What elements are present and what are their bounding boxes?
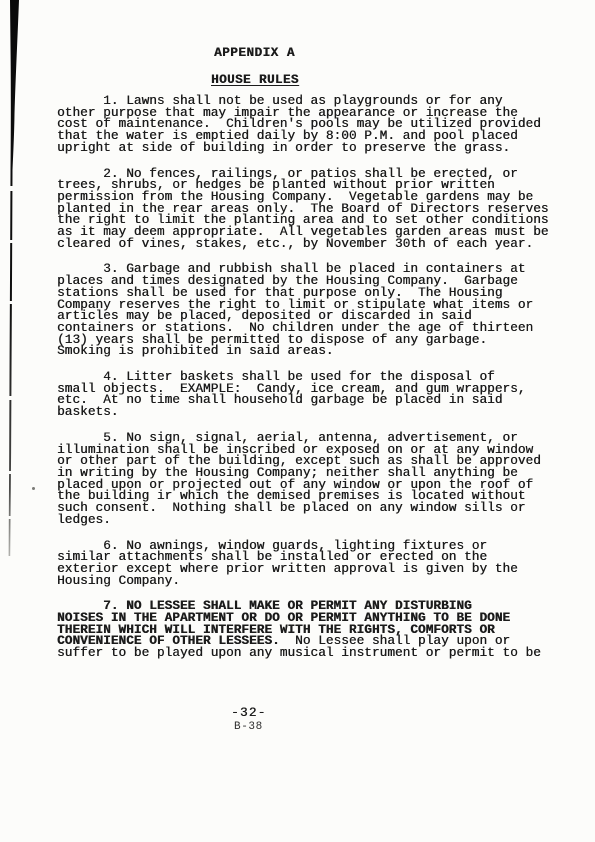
rule-5-paragraph: 5. No sign, signal, aerial, antenna, adv… (57, 432, 565, 526)
appendix-title: APPENDIX A (214, 46, 295, 59)
rule-7-paragraph: 7. NO LESSEE SHALL MAKE OR PERMIT ANY DI… (57, 600, 565, 659)
document-body: 1. Lawns shall not be used as playground… (57, 95, 565, 673)
scan-edge-artifact (0, 0, 26, 600)
page-number: -32- (231, 705, 267, 720)
toner-speck (32, 487, 35, 490)
section-title: HOUSE RULES (211, 73, 299, 86)
rule-6-paragraph: 6. No awnings, window guards, lighting f… (57, 540, 565, 587)
scanned-document-page: APPENDIX A HOUSE RULES 1. Lawns shall no… (0, 0, 595, 842)
rule-1-paragraph: 1. Lawns shall not be used as playground… (57, 95, 565, 154)
doc-code: B-38 (234, 721, 263, 733)
rule-4-paragraph: 4. Litter baskets shall be used for the … (57, 371, 565, 418)
rule-3-paragraph: 3. Garbage and rubbish shall be placed i… (57, 263, 565, 357)
rule-2-paragraph: 2. No fences, railings, or patios shall … (57, 168, 565, 250)
